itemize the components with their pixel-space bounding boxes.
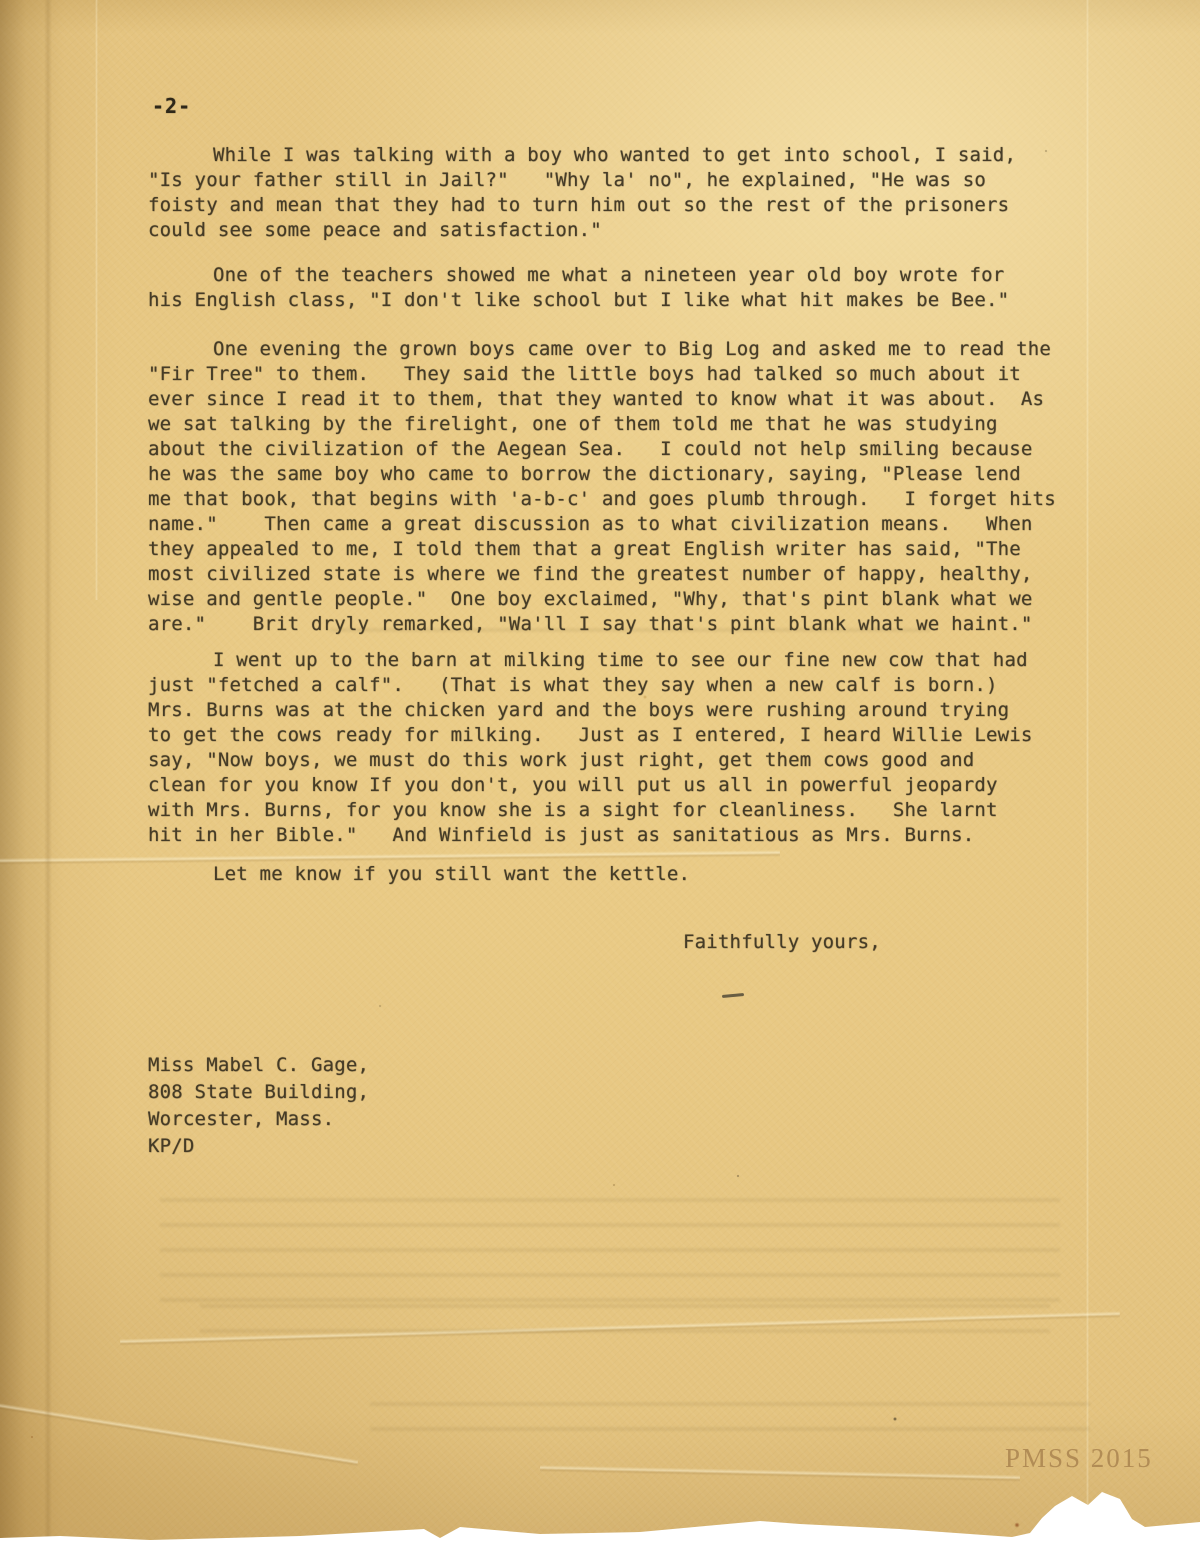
text-line: "Fir Tree" to them. They said the little… (148, 362, 1108, 387)
text-line: foisty and mean that they had to turn hi… (148, 193, 1108, 218)
address-line: Miss Mabel C. Gage, (148, 1052, 369, 1079)
text-line: me that book, that begins with 'a-b-c' a… (148, 487, 1108, 512)
text-line: Mrs. Burns was at the chicken yard and t… (148, 698, 1108, 723)
paper-fold-line (95, 0, 98, 600)
bleed-through-text (160, 1182, 1060, 1307)
paper-fold-line (44, 0, 52, 1543)
text-line: we sat talking by the firelight, one of … (148, 412, 1108, 437)
text-line: just "fetched a calf". (That is what the… (148, 673, 1108, 698)
pencil-mark (722, 993, 744, 998)
scanned-letter-page: -2- While I was talking with a boy who w… (0, 0, 1200, 1543)
paper-crease (120, 1311, 1120, 1346)
text-line: are." Brit dryly remarked, "Wa'll I say … (148, 612, 1108, 637)
closing-salutation: Faithfully yours, (683, 930, 881, 955)
bleed-through-text (200, 1288, 1050, 1343)
text-line: he was the same boy who came to borrow t… (148, 462, 1108, 487)
text-line: ever since I read it to them, that they … (148, 387, 1108, 412)
text-line: they appealed to me, I told them that a … (148, 537, 1108, 562)
text-line: "Is your father still in Jail?" "Why la'… (148, 168, 1108, 193)
paragraph-2: One of the teachers showed me what a nin… (148, 263, 1108, 313)
text-line: One of the teachers showed me what a nin… (213, 263, 1108, 288)
text-line: say, "Now boys, we must do this work jus… (148, 748, 1108, 773)
recipient-address-block: Miss Mabel C. Gage, 808 State Building, … (148, 1052, 369, 1160)
text-line: to get the cows ready for milking. Just … (148, 723, 1108, 748)
text-line: wise and gentle people." One boy exclaim… (148, 587, 1108, 612)
archive-watermark: PMSS 2015 (1005, 1443, 1153, 1474)
page-number: -2- (152, 96, 191, 116)
text-line: clean for you know If you don't, you wil… (148, 773, 1108, 798)
text-line: could see some peace and satisfaction." (148, 218, 1108, 243)
typist-initials: KP/D (148, 1133, 369, 1160)
text-line: One evening the grown boys came over to … (213, 337, 1108, 362)
paper-sheet: -2- While I was talking with a boy who w… (0, 0, 1200, 1543)
address-line: Worcester, Mass. (148, 1106, 369, 1133)
bleed-through-text (370, 1386, 1090, 1438)
text-line: hit in her Bible." And Winfield is just … (148, 823, 1108, 848)
paragraph-1: While I was talking with a boy who wante… (148, 143, 1108, 243)
paragraph-4: I went up to the barn at milking time to… (148, 648, 1108, 848)
text-line: with Mrs. Burns, for you know she is a s… (148, 798, 1108, 823)
text-line: name." Then came a great discussion as t… (148, 512, 1108, 537)
paper-crease (0, 1400, 358, 1466)
text-line: I went up to the barn at milking time to… (213, 648, 1108, 673)
text-line: While I was talking with a boy who wante… (213, 143, 1108, 168)
paragraph-5: Let me know if you still want the kettle… (148, 862, 1108, 887)
text-line: about the civilization of the Aegean Sea… (148, 437, 1108, 462)
paper-crease (540, 1465, 1020, 1482)
text-line: most civilized state is where we find th… (148, 562, 1108, 587)
text-line: Let me know if you still want the kettle… (213, 862, 1108, 887)
paragraph-3: One evening the grown boys came over to … (148, 337, 1108, 637)
address-line: 808 State Building, (148, 1079, 369, 1106)
text-line: his English class, "I don't like school … (148, 288, 1108, 313)
